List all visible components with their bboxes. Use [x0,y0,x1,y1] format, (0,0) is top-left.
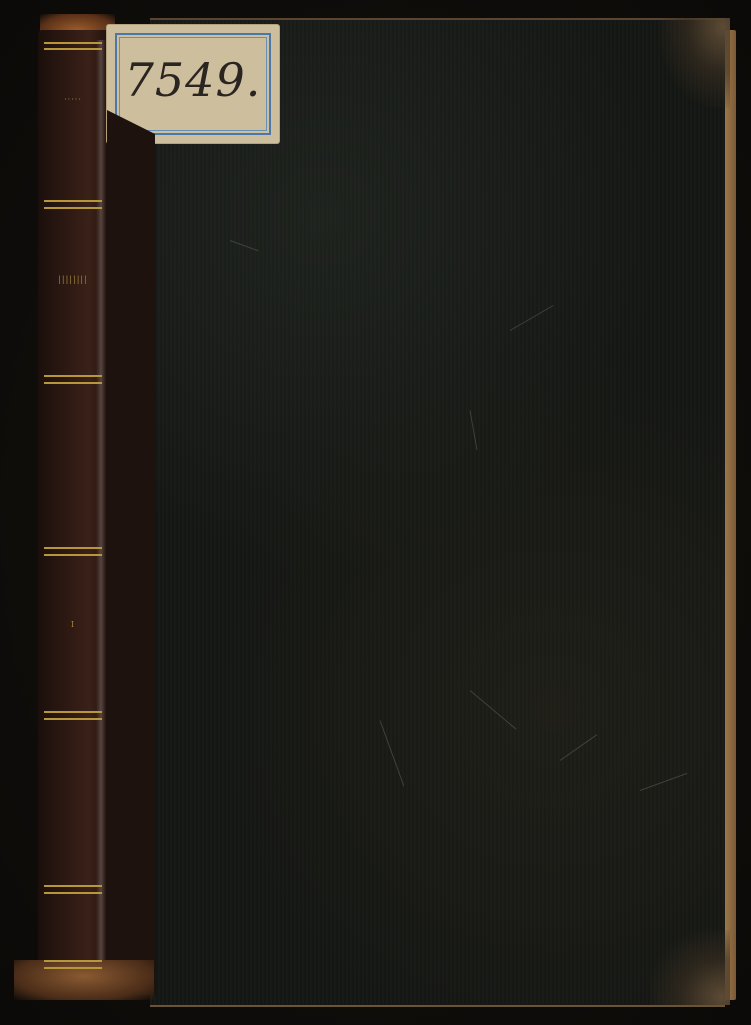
gilt-band [44,42,102,44]
gilt-band [44,554,102,556]
spine-title-text: ····· [50,95,96,109]
gilt-band [44,885,102,887]
worn-spine-tail [14,960,154,1000]
spine-highlight [96,40,106,990]
gilt-band [44,960,102,962]
spine-title-text: I [50,620,96,634]
leather-hinge [104,30,156,995]
gilt-band [44,48,102,50]
gilt-band [44,718,102,720]
gilt-band [44,711,102,713]
gilt-band [44,200,102,202]
spine-title-text: |||||||| [50,275,96,289]
gilt-band [44,547,102,549]
shelf-number: 7549. [107,53,279,107]
gilt-band [44,375,102,377]
worn-corner-bottom-right [650,930,730,1005]
gilt-band [44,892,102,894]
worn-corner-top-right [660,18,730,108]
front-cover-board [150,18,725,1007]
gilt-band [44,382,102,384]
gilt-band [44,207,102,209]
gilt-band [44,967,102,969]
